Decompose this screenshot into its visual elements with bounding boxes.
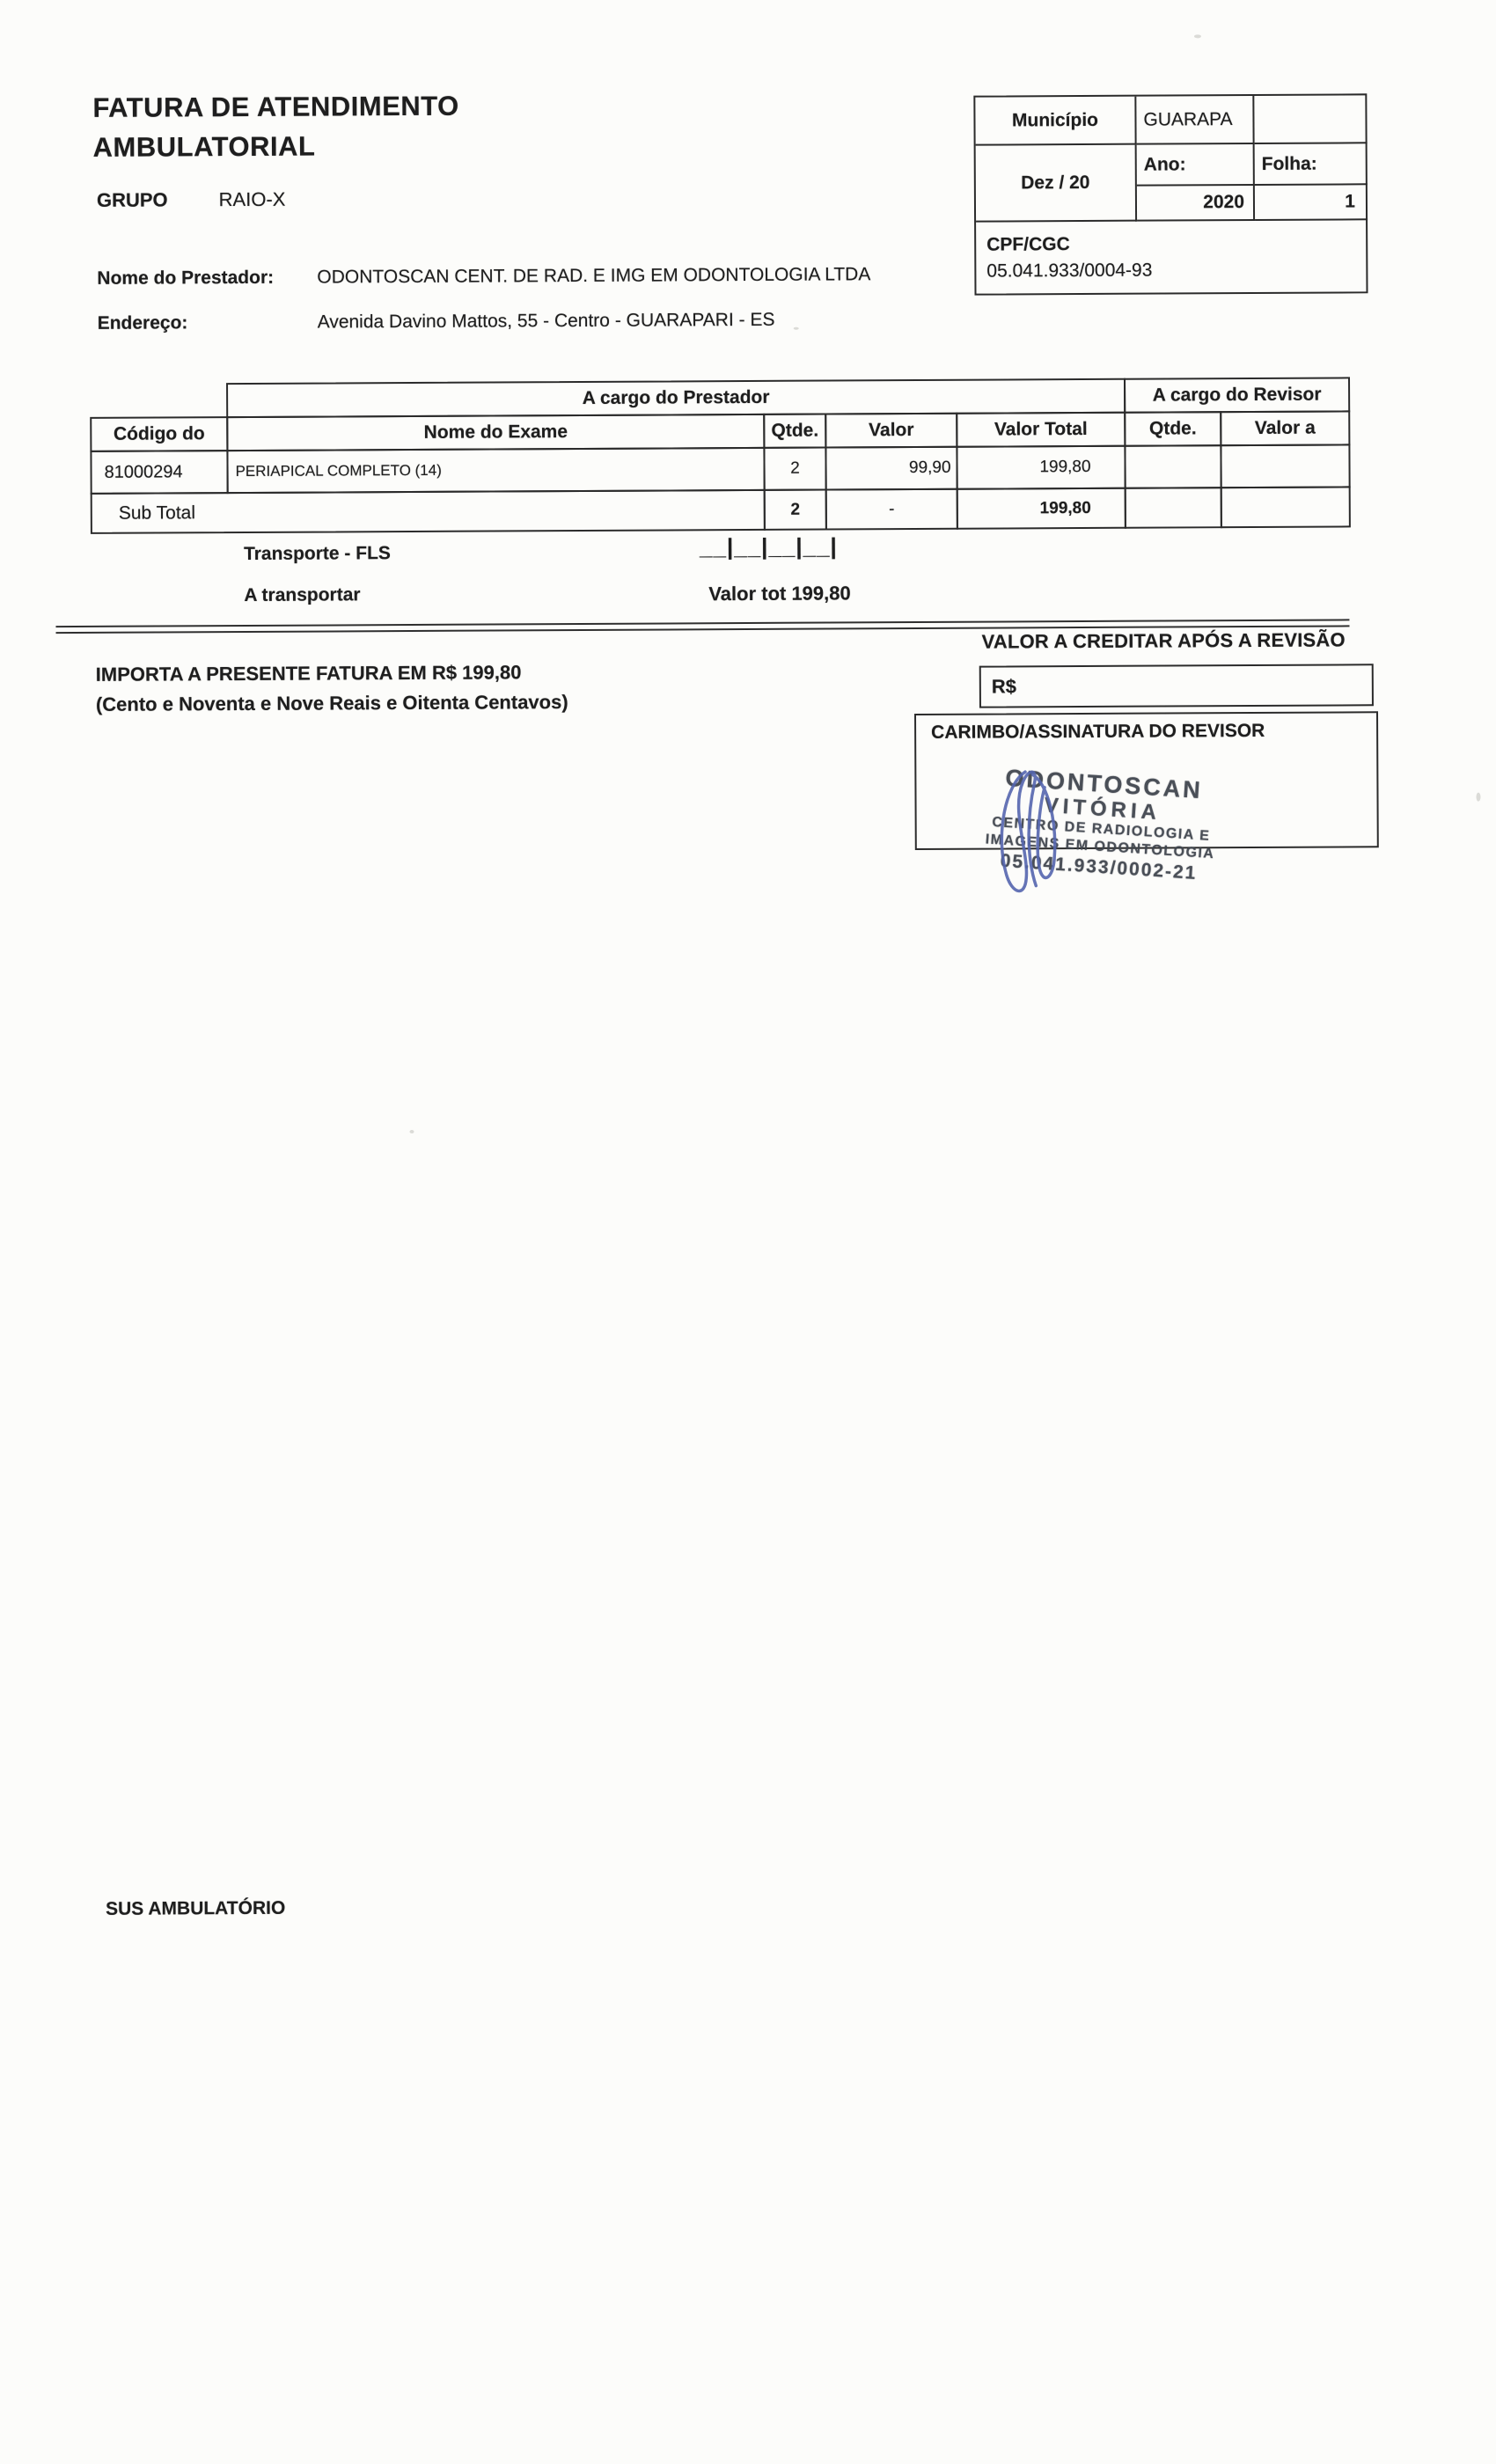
signature-scribble — [985, 762, 1087, 921]
scan-speck — [1476, 793, 1480, 802]
subtotal-qtde: 2 — [764, 489, 827, 531]
valor-tot-value: Valor tot 199,80 — [708, 582, 851, 605]
row-qtde: 2 — [763, 447, 826, 491]
col-header-valor: Valor — [825, 413, 957, 449]
row-nome: PERIAPICAL COMPLETO (14) — [226, 447, 765, 494]
scan-speck — [794, 327, 799, 330]
endereco-line: Endereço: Avenida Davino Mattos, 55 - Ce… — [0, 306, 1495, 339]
row-codigo: 81000294 — [90, 450, 228, 495]
row-rev-qtde — [1124, 444, 1221, 489]
page-content: FATURA DE ATENDIMENTO AMBULATORIAL GRUPO… — [0, 0, 1496, 2464]
municipio-value-cell: GUARAPA — [1136, 96, 1254, 145]
subtotal-valor-total: 199,80 — [957, 488, 1126, 530]
col-header-rev-valor: Valor a — [1220, 410, 1350, 446]
endereco-label: Endereço: — [98, 312, 188, 334]
transporte-label: Transporte - FLS — [244, 543, 391, 565]
creditar-heading: VALOR A CREDITAR APÓS A REVISÃO — [982, 628, 1346, 653]
subtotal-rev-qtde — [1125, 487, 1222, 529]
folha-value-cell: 1 — [1255, 185, 1368, 221]
scan-speck — [1194, 34, 1201, 38]
col-header-valor-total: Valor Total — [956, 412, 1126, 448]
subtotal-rev-valor — [1221, 486, 1351, 528]
scanned-invoice-page: FATURA DE ATENDIMENTO AMBULATORIAL GRUPO… — [0, 0, 1496, 2464]
importa-line-2: (Cento e Noventa e Nove Reais e Oitenta … — [96, 687, 568, 720]
scan-speck — [409, 1130, 414, 1133]
ano-label-cell: Ano: — [1137, 144, 1255, 187]
grupo-line: GRUPORAIO-X — [97, 188, 286, 212]
rs-label: R$ — [992, 675, 1016, 698]
importa-line-1: IMPORTA A PRESENTE FATURA EM R$ 199,80 — [96, 657, 568, 690]
row-valor-total: 199,80 — [956, 445, 1126, 490]
band-revisor: A cargo do Revisor — [1124, 377, 1350, 413]
footer-label: SUS AMBULATÓRIO — [106, 1898, 285, 1920]
document-title: FATURA DE ATENDIMENTO AMBULATORIAL — [92, 86, 459, 167]
grupo-label: GRUPO — [97, 188, 168, 210]
subtotal-label: Sub Total — [91, 489, 766, 534]
folha-label-cell: Folha: — [1255, 143, 1368, 186]
grupo-value: RAIO-X — [219, 188, 286, 210]
carimbo-heading: CARIMBO/ASSINATURA DO REVISOR — [931, 721, 1265, 743]
ano-value-cell: 2020 — [1137, 186, 1255, 222]
prestador-value: ODONTOSCAN CENT. DE RAD. E IMG EM ODONTO… — [317, 264, 870, 288]
municipio-label-cell: Município — [975, 97, 1136, 146]
a-transportar-label: A transportar — [244, 584, 360, 606]
col-header-rev-qtde: Qtde. — [1124, 411, 1221, 447]
tally-mark: __|__|__|__| — [700, 532, 838, 561]
period-cell: Dez / 20 — [976, 145, 1137, 223]
col-header-qtde: Qtde. — [763, 414, 826, 449]
prestador-label: Nome do Prestador: — [97, 268, 274, 290]
col-header-nome: Nome do Exame — [226, 414, 765, 451]
col-header-codigo: Código do — [90, 416, 228, 452]
importa-block: IMPORTA A PRESENTE FATURA EM R$ 199,80 (… — [96, 657, 568, 720]
municipio-empty-cell — [1254, 95, 1367, 144]
title-line-1: FATURA DE ATENDIMENTO — [92, 86, 459, 128]
rs-value-box: R$ — [979, 664, 1374, 708]
row-valor: 99,90 — [825, 446, 957, 491]
cpf-label: CPF/CGC — [986, 234, 1070, 255]
row-rev-valor — [1220, 444, 1350, 488]
endereco-value: Avenida Davino Mattos, 55 - Centro - GUA… — [318, 310, 775, 334]
subtotal-valor: - — [825, 488, 958, 531]
title-line-2: AMBULATORIAL — [93, 126, 460, 167]
